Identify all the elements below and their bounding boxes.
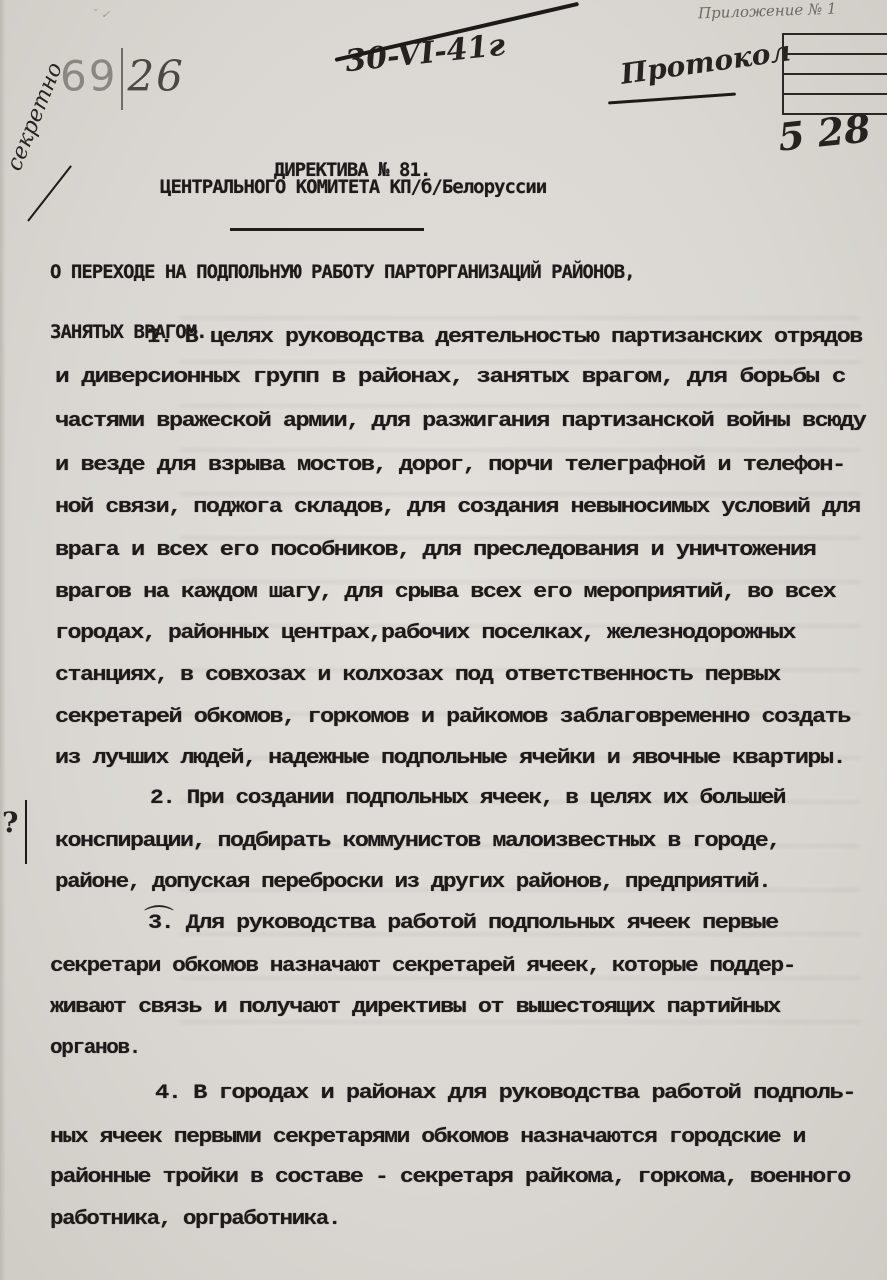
handwritten-margin-note: секретно (2, 59, 68, 174)
text-line: городах, районных центрах,рабочих поселк… (55, 622, 795, 645)
archive-number-divider (121, 48, 123, 110)
text-line: секретарей обкомов, горкомов и райкомов … (55, 706, 850, 729)
text-line: секретари обкомов назначают секретарей я… (50, 955, 795, 978)
text-line: врага и всех его пособников, для преслед… (55, 539, 815, 562)
registration-stamp-box (782, 33, 887, 115)
text-line: I. В целях руководства деятельностью пар… (147, 326, 862, 349)
text-line: 4. В городах и районах для руководства р… (155, 1082, 855, 1105)
text-line: врагов на каждом шагу, для срыва всех ег… (55, 581, 835, 604)
directive-subject: О ПЕРЕХОДЕ НА ПОДПОЛЬНУЮ РАБОТУ ПАРТОРГА… (50, 222, 635, 382)
text-line: районе, допуская переброски из других ра… (55, 871, 770, 894)
committee-line: ЦЕНТРАЛЬНОГО КОМИТЕТА КП/б/Белоруссии (160, 176, 546, 198)
approval-underline-stroke (608, 93, 736, 105)
scan-edge-shadow (0, 0, 6, 1280)
pencil-tick-mark: ˇ ✓ (92, 8, 110, 21)
text-line: 2. При создании подпольных ячеек, в целя… (150, 787, 785, 810)
text-line: работника, оргработника. (50, 1208, 340, 1231)
stamp-rule (784, 73, 887, 75)
handwritten-approval-mark: Протокол (619, 34, 793, 90)
handwritten-top-right-note: Приложение № 1 (698, 0, 837, 22)
text-line: и везде для взрыва мостов, дорог, порчи … (55, 454, 845, 477)
text-line: 3. Для руководства работой подпольных яч… (148, 912, 778, 935)
text-line: районные тройки в составе - секретаря ра… (50, 1166, 850, 1189)
archive-number: 6926 (60, 48, 185, 110)
handwritten-folio-number: 5 28 (776, 105, 873, 159)
text-line: ных ячеек первыми секретарями обкомов на… (50, 1126, 805, 1149)
margin-bracket-line (25, 800, 27, 864)
text-line: конспирации, подбирать коммунистов малои… (55, 830, 780, 853)
stamp-rule (784, 53, 887, 55)
margin-slash-stroke (27, 165, 72, 221)
archive-number-right: 26 (127, 52, 184, 101)
document-page: ˇ ✓ 6926 30-VI-41г Протокол Приложение №… (0, 0, 887, 1280)
text-line: частями вражеской армии, для разжигания … (55, 410, 865, 433)
text-line: живают связь и получают директивы от выш… (50, 996, 780, 1019)
stamp-rule (784, 93, 887, 95)
archive-number-left: 69 (60, 52, 117, 101)
margin-question-mark: ? (2, 806, 18, 839)
text-line: и диверсионных групп в районах, занятых … (55, 366, 845, 389)
text-line: органов. (50, 1037, 140, 1060)
text-line: из лучших людей, надежные подпольные яче… (55, 747, 845, 770)
text-line: станциях, в совхозах и колхозах под отве… (55, 664, 780, 687)
text-line: ной связи, поджога складов, для создания… (55, 496, 860, 519)
subject-line: О ПЕРЕХОДЕ НА ПОДПОЛЬНУЮ РАБОТУ ПАРТОРГА… (50, 262, 635, 282)
